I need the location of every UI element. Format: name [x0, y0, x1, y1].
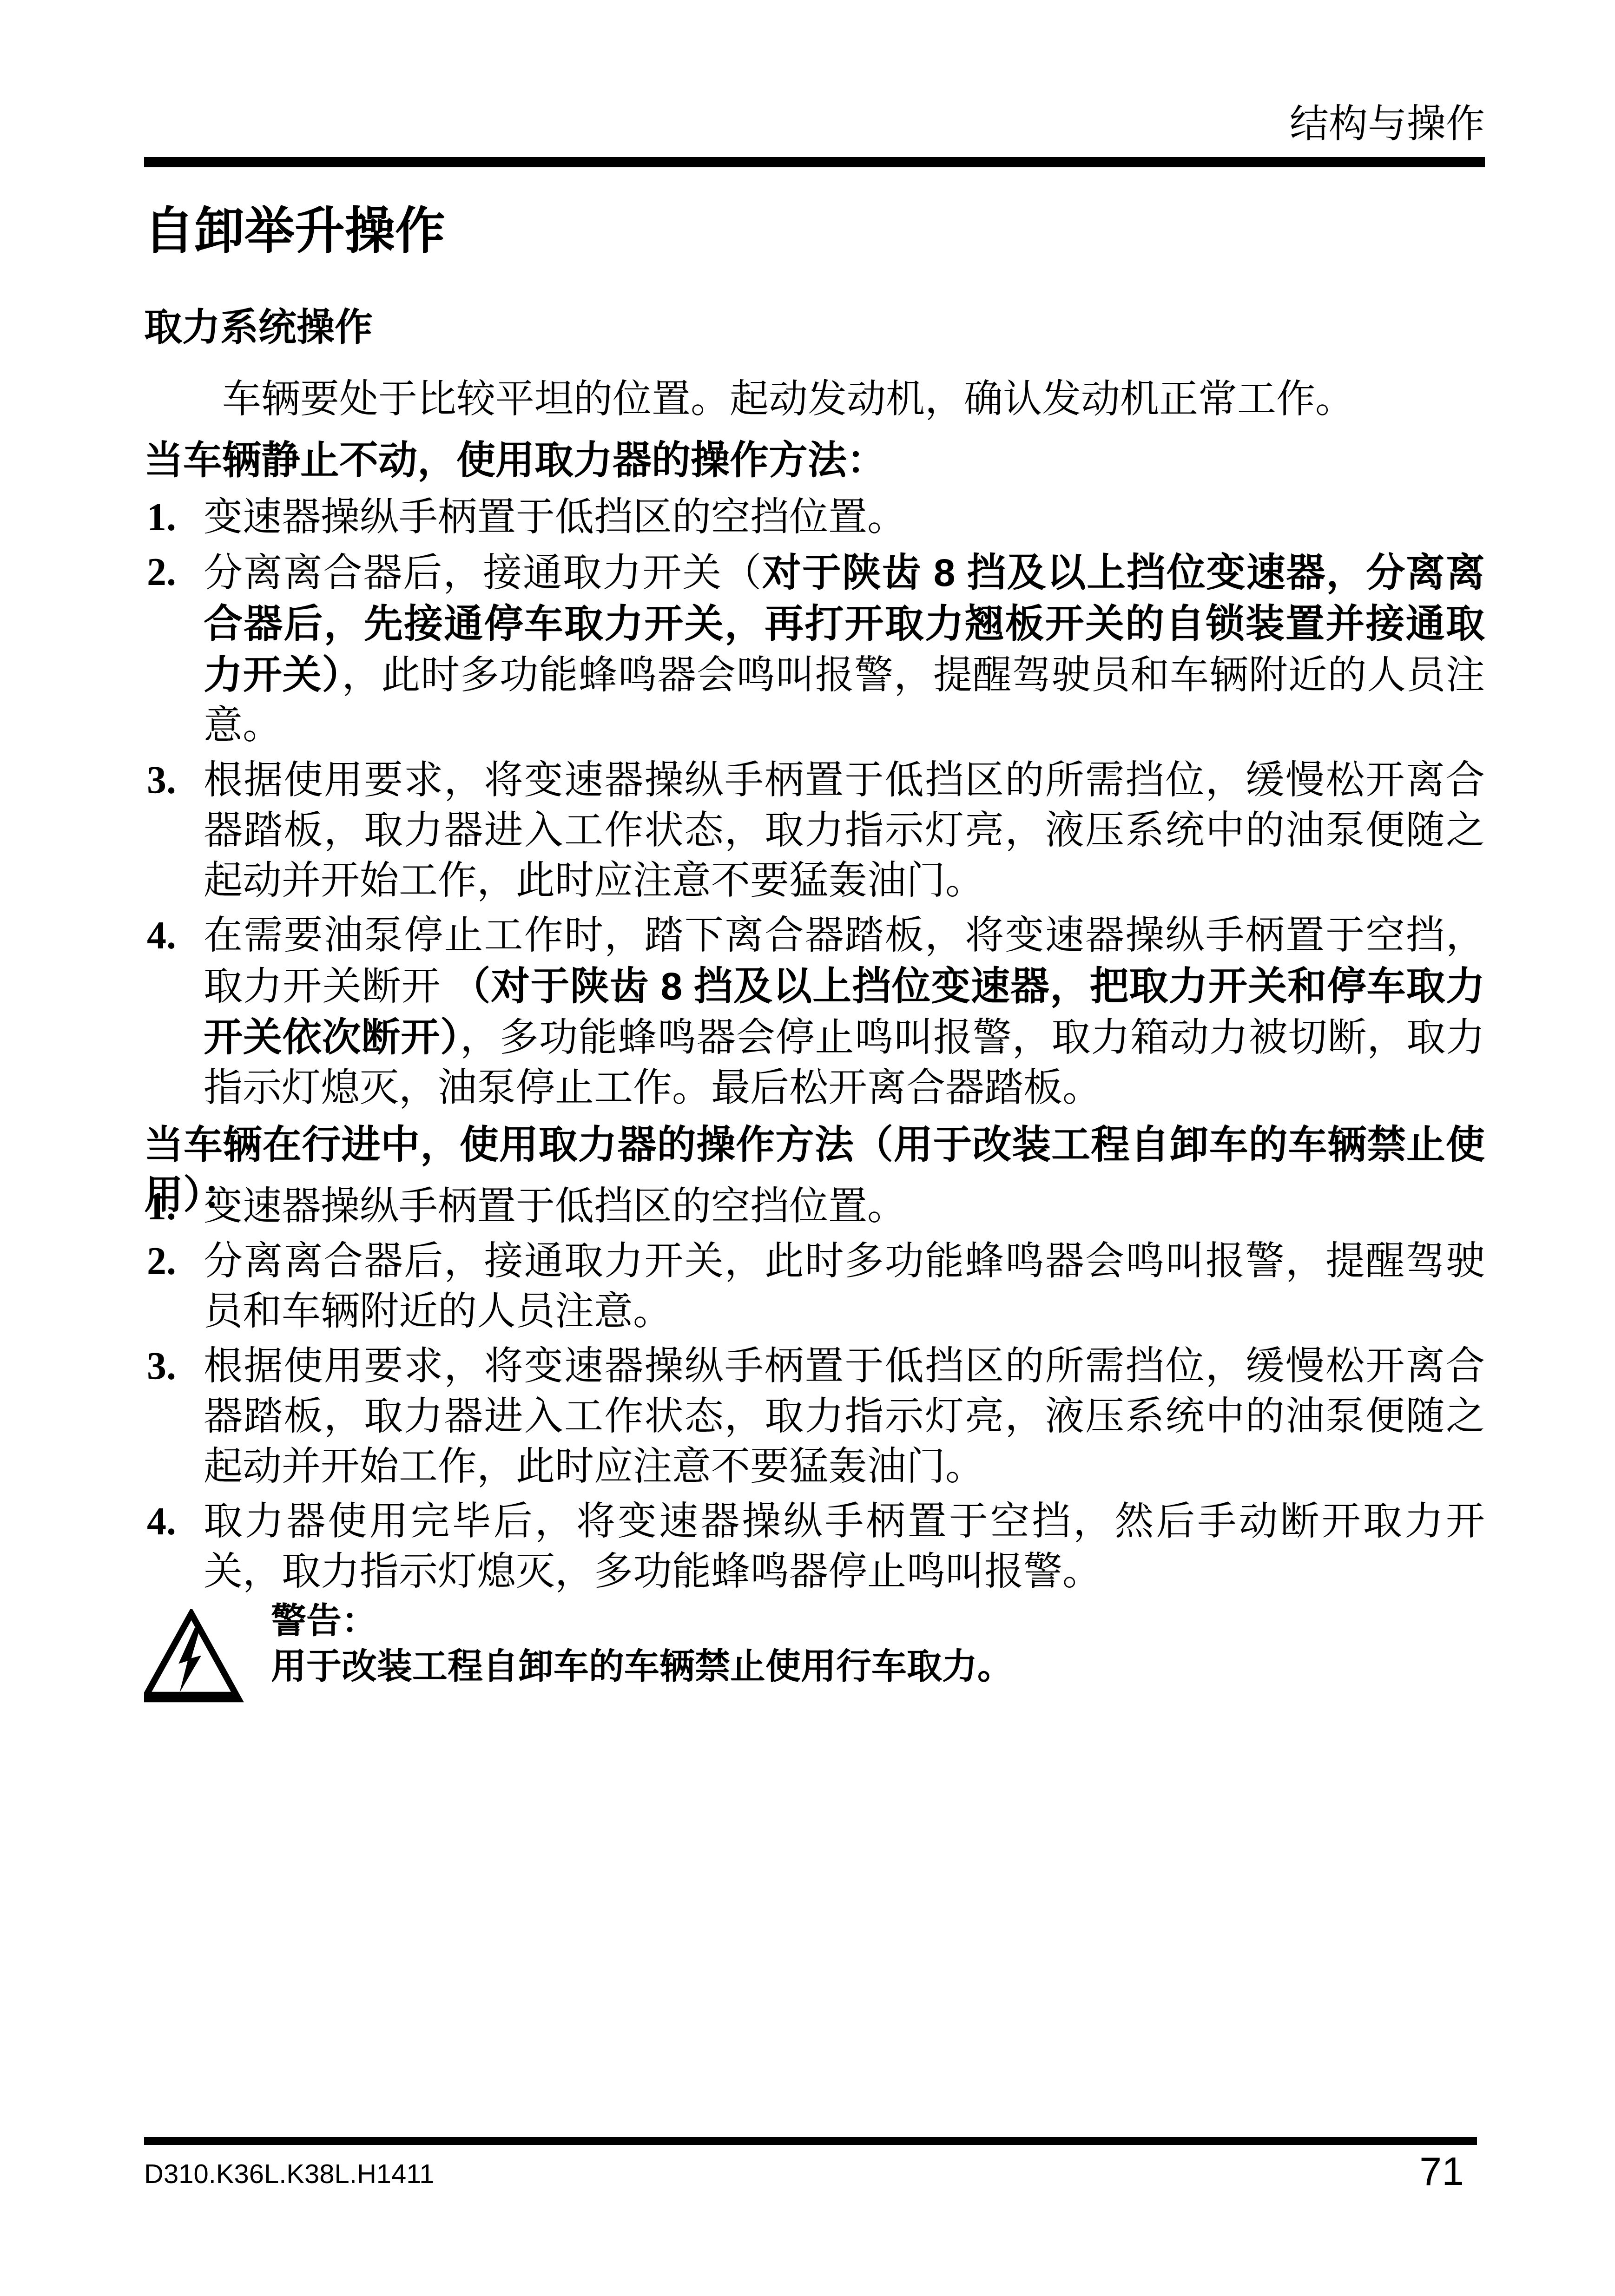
list-item: 1. 变速器操纵手柄置于低挡区的空挡位置。 [144, 1182, 1485, 1232]
list-item-text: 取力器使用完毕后，将变速器操纵手柄置于空挡，然后手动断开取力开关，取力指示灯熄灭… [204, 1500, 1485, 1593]
footer-doc-code: D310.K36L.K38L.H1411 [144, 2161, 435, 2188]
list-item-number: 1. [147, 493, 176, 543]
section-heading: 取力系统操作 [144, 308, 1485, 348]
list-item-number: 4. [147, 1497, 176, 1547]
page-title: 自卸举升操作 [144, 204, 1485, 257]
list-item: 1. 变速器操纵手柄置于低挡区的空挡位置。 [144, 493, 1485, 543]
warning-body: 警告： 用于改装工程自卸车的车辆禁止使用行车取力。 [271, 1599, 1013, 1690]
warning-block: 警告： 用于改装工程自卸车的车辆禁止使用行车取力。 [144, 1599, 1485, 1704]
procedure-list-stationary: 1. 变速器操纵手柄置于低挡区的空挡位置。 2. 分离离合器后，接通取力开关（对… [144, 493, 1485, 1115]
list-item: 4. 取力器使用完毕后，将变速器操纵手柄置于空挡，然后手动断开取力开关，取力指示… [144, 1497, 1485, 1597]
manual-page: 结构与操作 自卸举升操作 取力系统操作 车辆要处于比较平坦的位置。起动发动机，确… [0, 0, 1615, 2296]
footer-page-number: 71 [1419, 2151, 1464, 2191]
list-item-number: 3. [147, 1342, 176, 1392]
list-item-text: 根据使用要求，将变速器操纵手柄置于低挡区的所需挡位，缓慢松开离合器踏板，取力器进… [204, 759, 1485, 902]
footer-rule [144, 2137, 1477, 2145]
header-rule [144, 157, 1485, 167]
list-item-text: 变速器操纵手柄置于低挡区的空挡位置。 [204, 496, 906, 539]
list-item-number: 3. [147, 756, 176, 806]
list-item-number: 2. [147, 547, 176, 598]
list-item: 4. 在需要油泵停止工作时，踏下离合器踏板，将变速器操纵手柄置于空挡，取力开关断… [144, 911, 1485, 1113]
list-item: 2. 分离离合器后，接通取力开关，此时多功能蜂鸣器会鸣叫报警，提醒驾驶员和车辆附… [144, 1237, 1485, 1337]
procedure-heading-stationary: 当车辆静止不动，使用取力器的操作方法： [144, 435, 1485, 485]
warning-label: 警告： [271, 1599, 1013, 1644]
procedure-list-moving: 1. 变速器操纵手柄置于低挡区的空挡位置。 2. 分离离合器后，接通取力开关，此… [144, 1182, 1485, 1600]
list-item-text: 分离离合器后，接通取力开关，此时多功能蜂鸣器会鸣叫报警，提醒驾驶员和车辆附近的人… [204, 1240, 1485, 1333]
list-item: 3. 根据使用要求，将变速器操纵手柄置于低挡区的所需挡位，缓慢松开离合器踏板，取… [144, 756, 1485, 906]
list-item-text: ，此时多功能蜂鸣器会鸣叫报警，提醒驾驶员和车辆附近的人员注意。 [204, 654, 1485, 747]
intro-paragraph: 车辆要处于比较平坦的位置。起动发动机，确认发动机正常工作。 [144, 375, 1485, 425]
list-item-text: 根据使用要求，将变速器操纵手柄置于低挡区的所需挡位，缓慢松开离合器踏板，取力器进… [204, 1345, 1485, 1488]
list-item-number: 4. [147, 911, 176, 961]
warning-text: 用于改装工程自卸车的车辆禁止使用行车取力。 [271, 1644, 1013, 1690]
list-item-text: 分离离合器后，接通取力开关（ [204, 552, 762, 595]
list-item-number: 1. [147, 1182, 176, 1232]
list-item-number: 2. [147, 1237, 176, 1287]
list-item: 3. 根据使用要求，将变速器操纵手柄置于低挡区的所需挡位，缓慢松开离合器踏板，取… [144, 1342, 1485, 1492]
list-item: 2. 分离离合器后，接通取力开关（对于陕齿 8 挡及以上挡位变速器，分离离合器后… [144, 547, 1485, 751]
list-item-text: 变速器操纵手柄置于低挡区的空挡位置。 [204, 1185, 906, 1228]
header-section-label: 结构与操作 [1290, 105, 1485, 144]
lightning-triangle-icon [144, 1609, 244, 1704]
